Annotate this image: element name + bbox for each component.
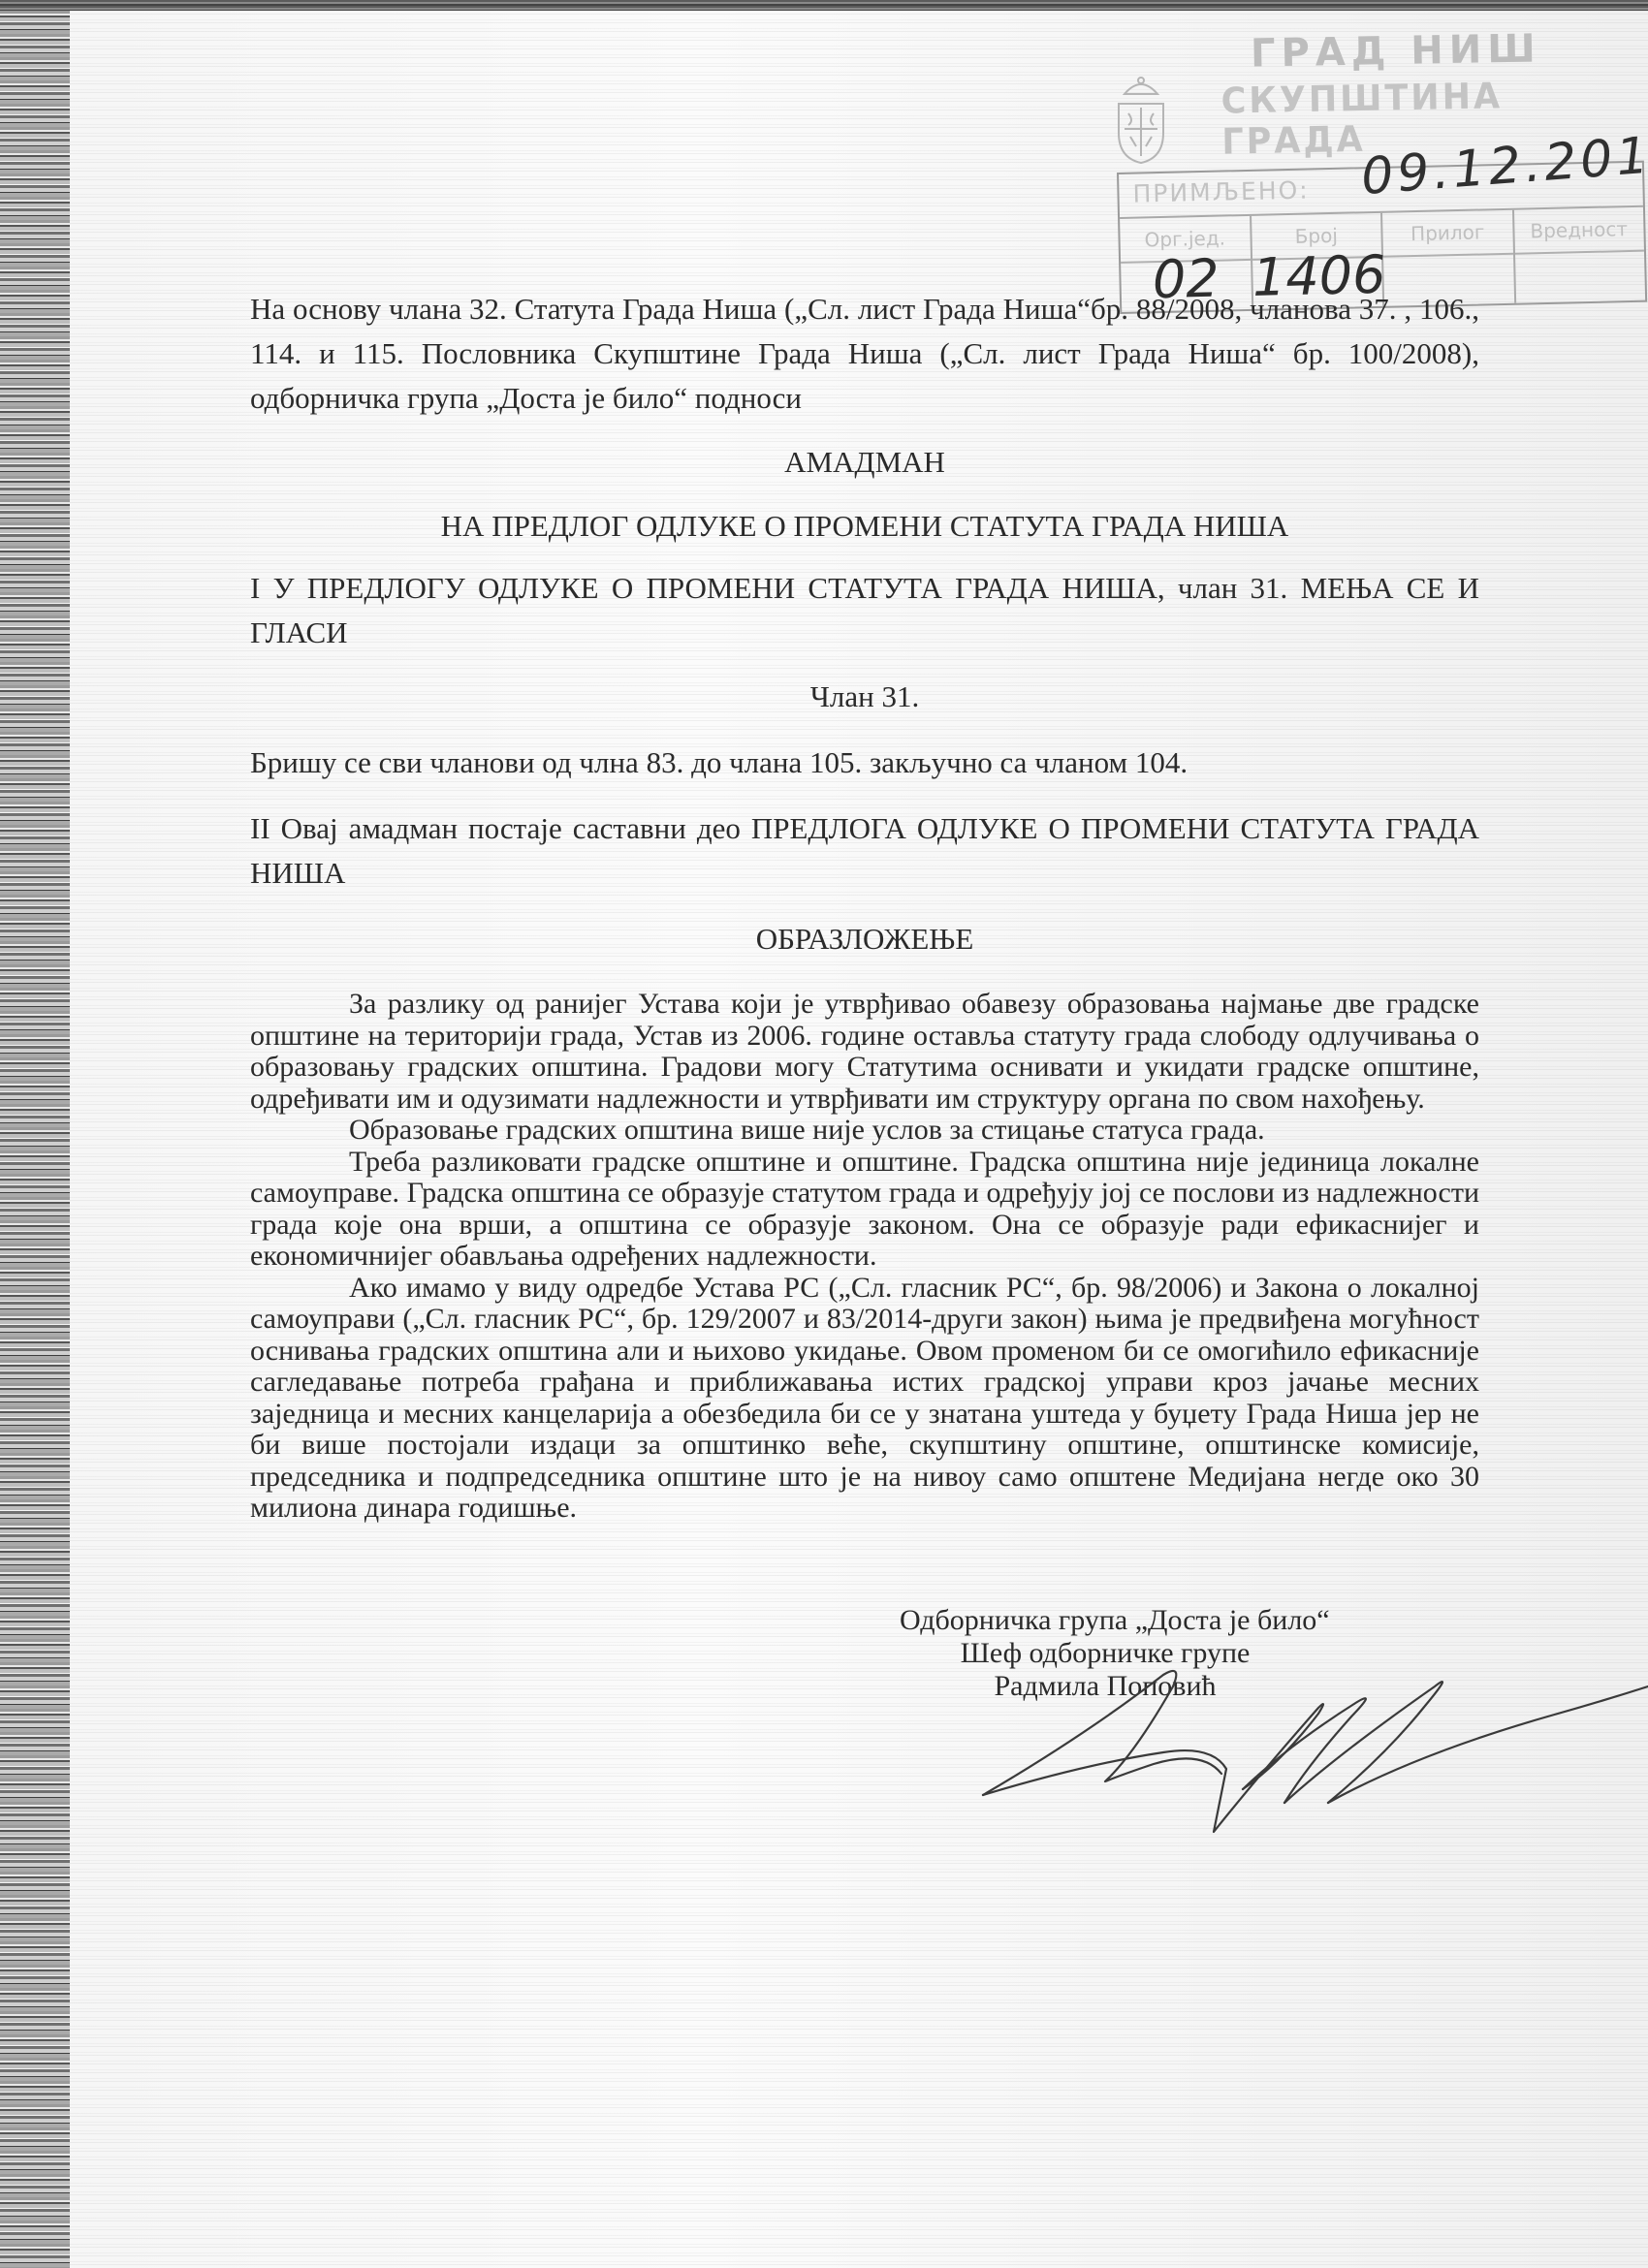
reasoning-title: ОБРАЗЛОЖЕЊЕ bbox=[250, 917, 1479, 961]
section-one: I У ПРЕДЛОГУ ОДЛУКЕ О ПРОМЕНИ СТАТУТА ГР… bbox=[250, 566, 1479, 655]
handwritten-signature-icon bbox=[969, 1648, 1648, 1900]
received-label: ПРИМЉЕНО: bbox=[1132, 176, 1310, 208]
document-subtitle: НА ПРЕДЛОГ ОДЛУКЕ О ПРОМЕНИ СТАТУТА ГРАД… bbox=[250, 504, 1479, 549]
section-two: II Овај амадман постаје саставни део ПРЕ… bbox=[250, 806, 1479, 896]
article-title: Члан 31. bbox=[250, 675, 1479, 719]
intro-paragraph: На основу члана 32. Статута Града Ниша (… bbox=[250, 287, 1479, 421]
stamp-cell-label: Вредност bbox=[1513, 207, 1644, 255]
reasoning-body: За разлику од ранијег Устава који је утв… bbox=[250, 989, 1479, 1525]
scanner-left-border bbox=[0, 11, 70, 2268]
document-body: На основу члана 32. Статута Града Ниша (… bbox=[250, 287, 1479, 1525]
scanner-top-border bbox=[0, 0, 1648, 11]
reasoning-paragraph: Образовање градских општина више није ус… bbox=[250, 1115, 1479, 1147]
reasoning-paragraph: Ако имамо у виду одредбе Устава РС („Сл.… bbox=[250, 1273, 1479, 1525]
stamp-cell-value-col: Вредност bbox=[1513, 207, 1645, 303]
reasoning-paragraph: Треба разликовати градске општине и општ… bbox=[250, 1147, 1479, 1273]
document-title: АМАДМАН bbox=[250, 440, 1479, 485]
signature-group: Одборничка група „Доста је било“ bbox=[872, 1604, 1338, 1637]
stamp-title: ГРАД НИШ bbox=[1251, 26, 1541, 76]
coat-of-arms-icon bbox=[1113, 73, 1169, 165]
article-text: Бришу се сви чланови од члна 83. до члан… bbox=[250, 740, 1479, 785]
stamp-cell-label: Прилог bbox=[1382, 210, 1513, 258]
reasoning-paragraph: За разлику од ранијег Устава који је утв… bbox=[250, 989, 1479, 1115]
